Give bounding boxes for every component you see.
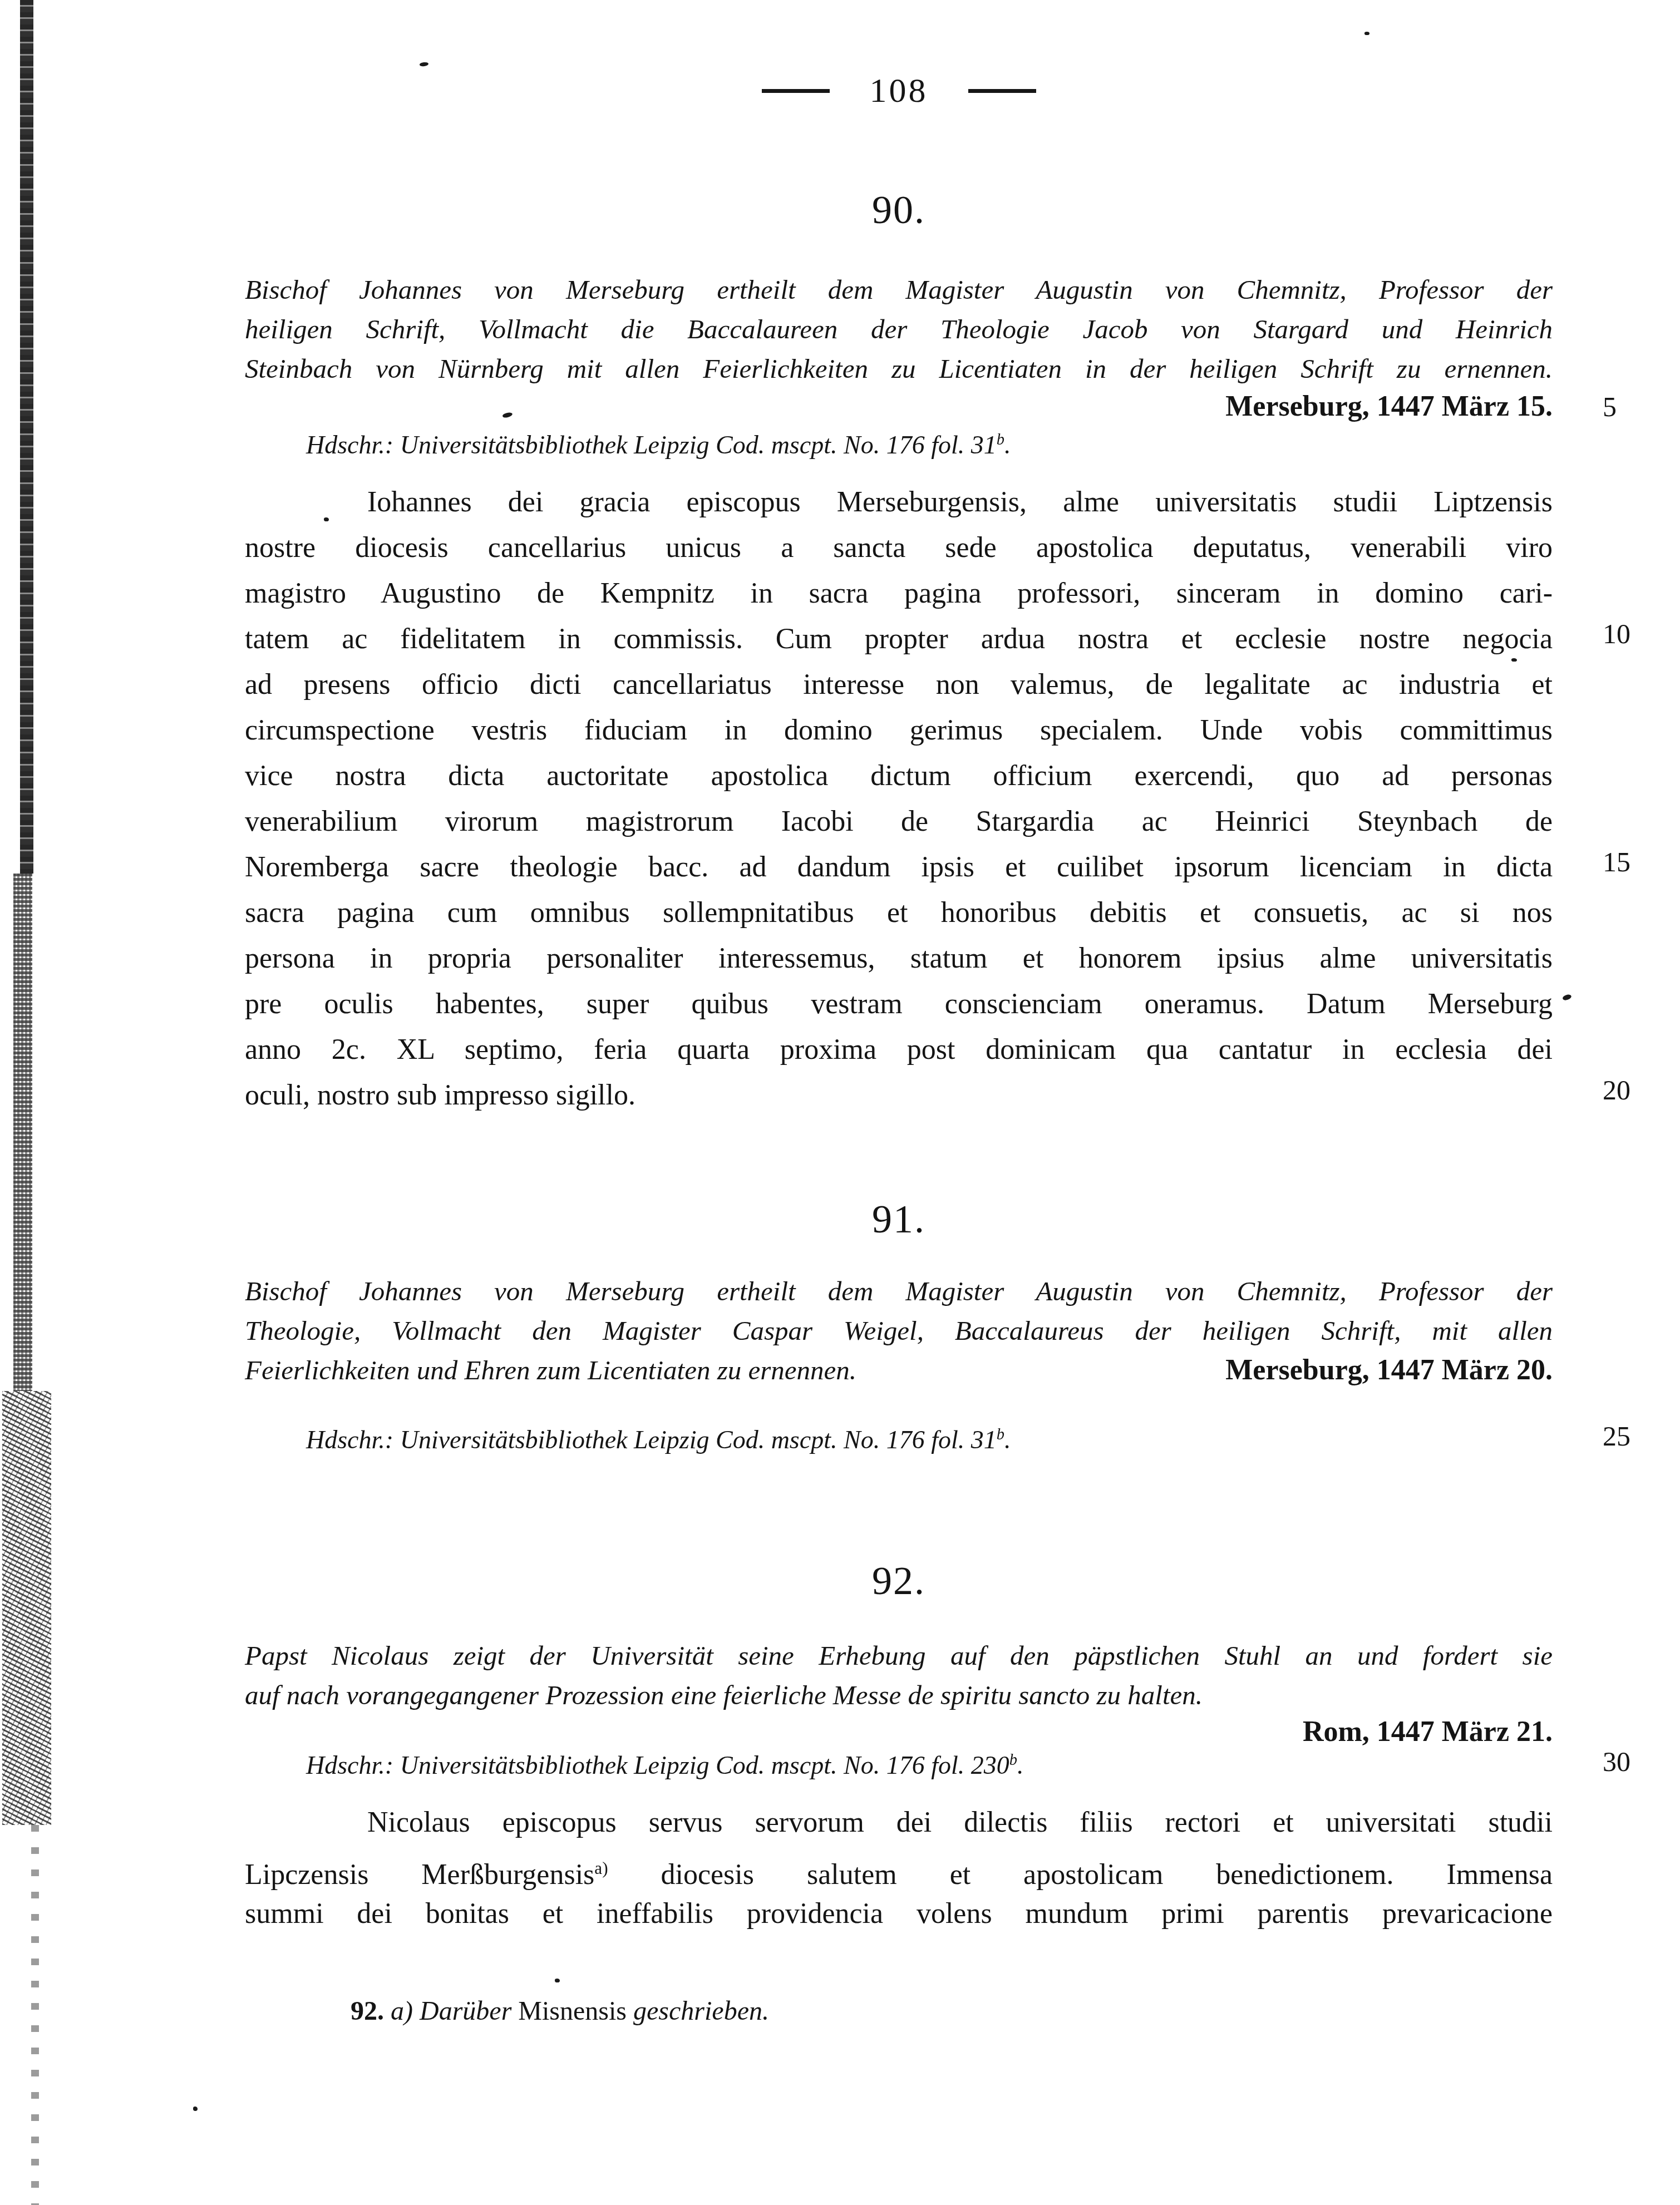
source-folio-superscript: b [997, 1426, 1004, 1443]
summary-line: Theologie, Vollmacht den Magister Caspar… [245, 1311, 1553, 1350]
footnote-marker: a) [391, 1996, 413, 2026]
body-line: Lipczensis Merßburgensisa) diocesis salu… [245, 1846, 1553, 1891]
body-line: venerabilium virorum magistrorum Iacobi … [245, 799, 1553, 845]
document-92-source: Hdschr.: Universitätsbibliothek Leipzig … [245, 1744, 1614, 1782]
margin-line-number-20: 20 [1603, 1073, 1675, 1107]
document-90-source: Hdschr.: Universitätsbibliothek Leipzig … [245, 424, 1614, 461]
document-92-body: Nicolaus episcopus servus servorum dei d… [245, 1800, 1553, 1937]
margin-line-number-5: 5 [1603, 389, 1675, 424]
footnote-word: geschrieben. [633, 1996, 769, 2026]
document-91-summary: Bischof Johannes von Merseburg ertheilt … [245, 1271, 1553, 1390]
scan-artifact-left-middle [13, 874, 32, 1391]
footnote-word: Darüber [420, 1996, 511, 2026]
margin-line-number-30: 30 [1603, 1744, 1675, 1779]
document-92-summary: Papst Nicolaus zeigt der Universität sei… [245, 1636, 1553, 1715]
footnote-number: 92. [351, 1996, 384, 2026]
summary-last-row: Feierlichkeiten und Ehren zum Licentiate… [245, 1350, 1553, 1390]
document-91-source: Hdschr.: Universitätsbibliothek Leipzig … [245, 1419, 1614, 1456]
body-line: anno 2c. XL septimo, feria quarta proxim… [245, 1027, 1553, 1073]
footnote-marker-superscript: a) [594, 1858, 608, 1878]
source-label: Hdschr.: [306, 1751, 393, 1779]
document-90-body: Iohannes dei gracia episcopus Merseburge… [245, 480, 1553, 1118]
document-91-date: Merseburg, 1447 März 20. [1225, 1350, 1553, 1390]
footnote: 92. a) Darüber Misnensis geschrieben. [245, 1995, 1658, 2028]
summary-line: Feierlichkeiten und Ehren zum Licentiate… [245, 1350, 856, 1390]
source-text: Universitätsbibliothek Leipzig Cod. mscp… [400, 1425, 997, 1454]
summary-line: heiligen Schrift, Vollmacht die Baccalau… [245, 309, 1553, 349]
source-text: Universitätsbibliothek Leipzig Cod. mscp… [400, 1751, 1009, 1779]
scan-artifact-left-top [20, 0, 33, 874]
body-line: Iohannes dei gracia episcopus Merseburge… [245, 480, 1553, 525]
body-line: oculi, nostro sub impresso sigillo. [245, 1073, 1553, 1118]
document-91-heading: 91. [245, 1196, 1553, 1242]
body-line: vice nostra dicta auctoritate apostolica… [245, 753, 1553, 799]
scan-artifact-left-bottom [31, 1825, 39, 2205]
page-header: 108 [245, 66, 1553, 116]
body-line: persona in propria personaliter interess… [245, 936, 1553, 981]
page-number: 108 [870, 71, 928, 111]
body-line: tatem ac fidelitatem in commissis. Cum p… [245, 616, 1553, 662]
margin-line-number-10: 10 [1603, 616, 1675, 651]
source-folio-superscript: b [1009, 1752, 1017, 1769]
footnote-word: Misnensis [518, 1996, 627, 2026]
header-rule-right [968, 89, 1036, 93]
margin-line-number-15: 15 [1603, 845, 1675, 879]
body-line-text: Lipczensis Merßburgensis [245, 1859, 594, 1891]
document-92-heading: 92. [245, 1558, 1553, 1604]
scanned-page: 108 90. Bischof Johannes von Merseburg e… [0, 0, 1680, 2205]
body-line: magistro Augustino de Kempnitz in sacra … [245, 571, 1553, 616]
body-line: summi dei bonitas et ineffabilis provide… [245, 1891, 1553, 1937]
ink-speck [1562, 994, 1572, 1002]
summary-line: Bischof Johannes von Merseburg ertheilt … [245, 1271, 1553, 1311]
document-90-summary: Bischof Johannes von Merseburg ertheilt … [245, 270, 1553, 388]
body-line-text: diocesis salutem et apostolicam benedict… [608, 1859, 1553, 1891]
summary-line: auf nach vorangegangener Prozession eine… [245, 1675, 1553, 1715]
body-line: ad presens officio dicti cancellariatus … [245, 662, 1553, 708]
body-line: circumspectione vestris fiduciam in domi… [245, 708, 1553, 753]
source-folio-superscript: b [997, 431, 1004, 448]
body-line: nostre diocesis cancellarius unicus a sa… [245, 525, 1553, 571]
body-line: Noremberga sacre theologie bacc. ad dand… [245, 845, 1553, 890]
source-text: Universitätsbibliothek Leipzig Cod. mscp… [400, 431, 997, 459]
source-suffix: . [1004, 431, 1011, 459]
scan-artifact-left-lower [2, 1391, 51, 1825]
body-line: sacra pagina cum omnibus sollempnitatibu… [245, 890, 1553, 936]
source-suffix: . [1004, 1425, 1011, 1454]
summary-line: Papst Nicolaus zeigt der Universität sei… [245, 1636, 1553, 1675]
body-line: Nicolaus episcopus servus servorum dei d… [245, 1800, 1553, 1846]
body-line: pre oculis habentes, super quibus vestra… [245, 981, 1553, 1027]
ink-speck [555, 1979, 560, 1982]
source-label: Hdschr.: [306, 431, 393, 459]
document-90-heading: 90. [245, 187, 1553, 233]
summary-line: Steinbach von Nürnberg mit allen Feierli… [245, 349, 1553, 388]
source-label: Hdschr.: [306, 1425, 393, 1454]
header-rule-left [762, 89, 830, 93]
document-90-date: Merseburg, 1447 März 15. [245, 389, 1553, 424]
summary-line: Bischof Johannes von Merseburg ertheilt … [245, 270, 1553, 309]
source-suffix: . [1017, 1751, 1024, 1779]
ink-speck [1364, 32, 1369, 35]
margin-line-number-25: 25 [1603, 1419, 1675, 1453]
ink-speck [193, 2107, 198, 2111]
